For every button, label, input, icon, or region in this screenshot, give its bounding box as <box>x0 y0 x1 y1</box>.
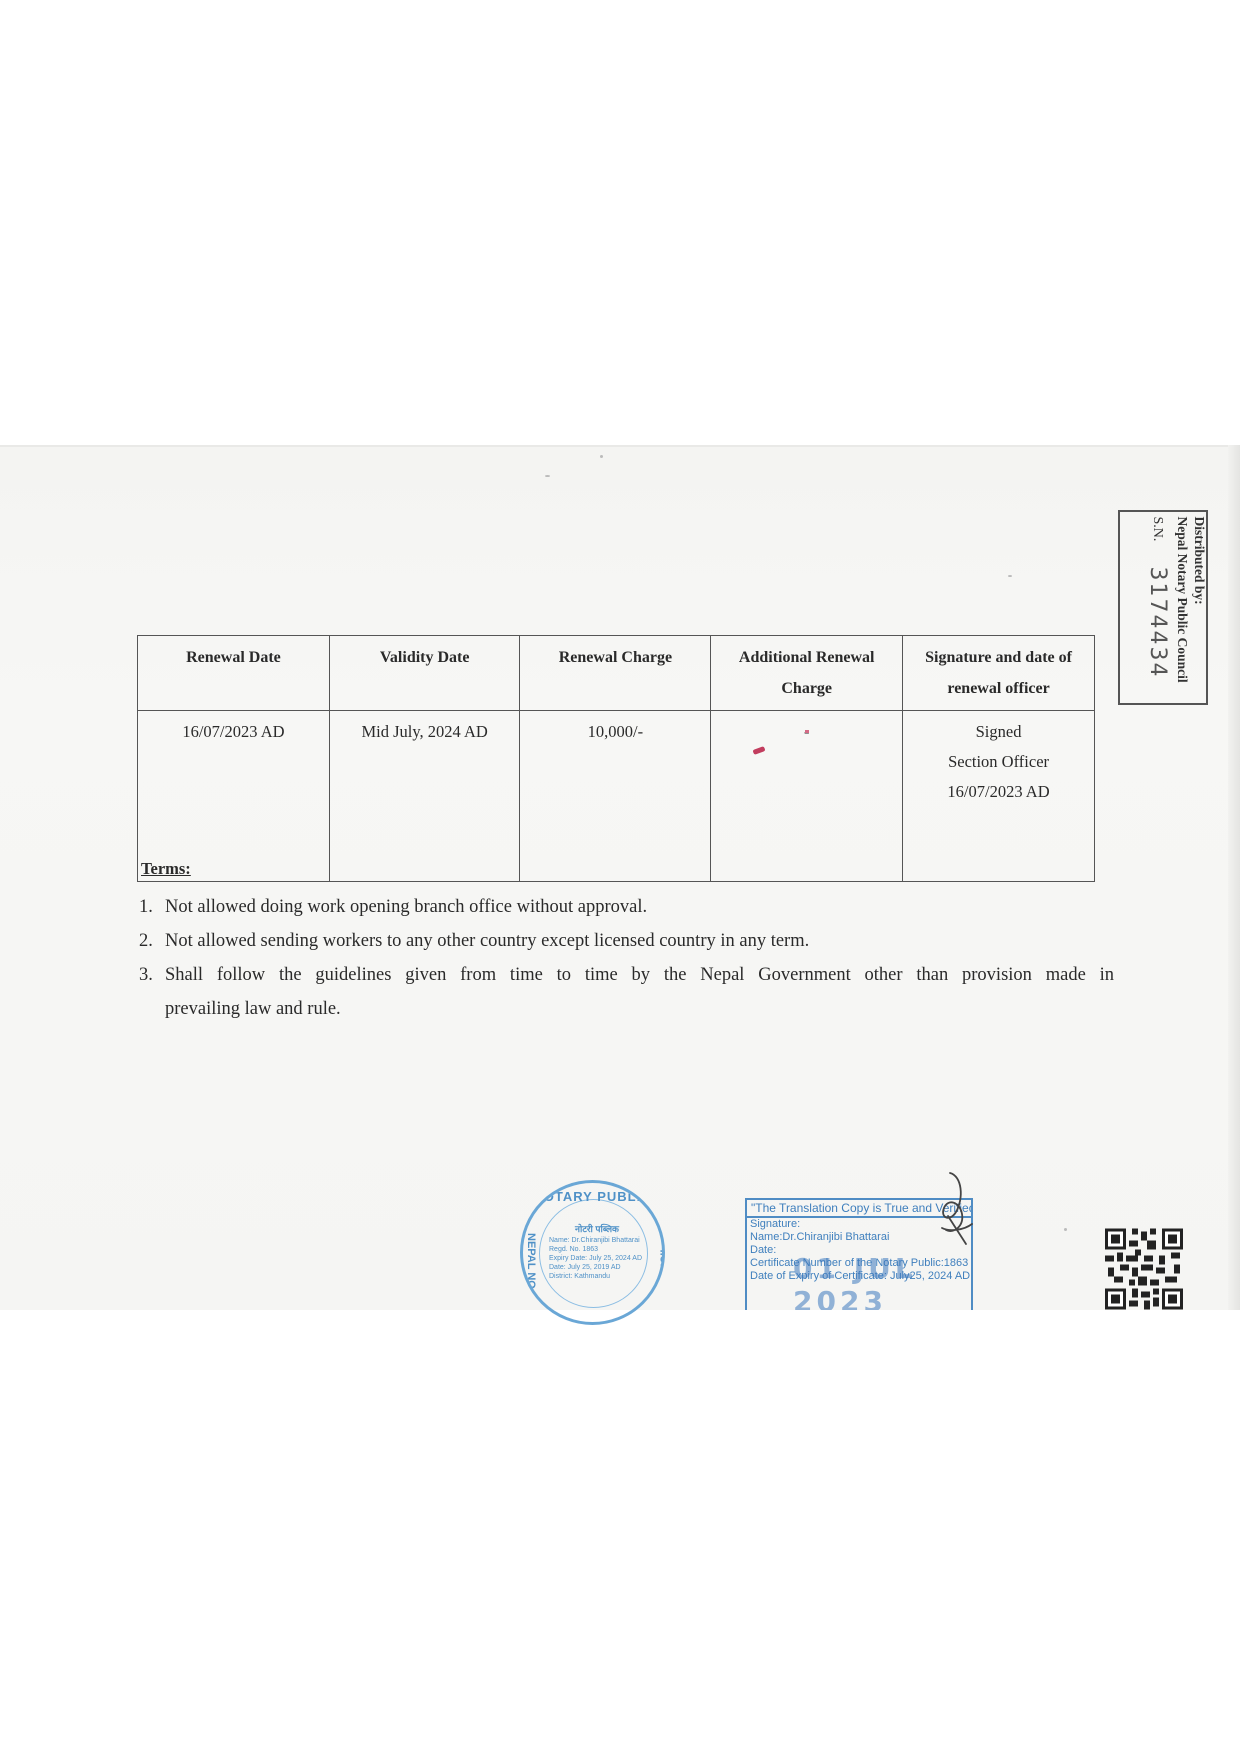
officer-date: 16/07/2023 AD <box>907 777 1090 807</box>
handwritten-signature-icon <box>920 1168 980 1253</box>
scan-speck <box>600 455 603 458</box>
terms-title: Terms: <box>141 859 191 879</box>
table-header-row: Renewal Date Validity Date Renewal Charg… <box>138 636 1095 711</box>
verification-date-stamp: 01 JUL 2023 <box>793 1252 971 1310</box>
ink-mark <box>805 730 809 733</box>
scan-speck <box>1064 1228 1067 1231</box>
scan-speck <box>545 475 550 477</box>
distributor-box: Distributed by: Nepal Notary Public Coun… <box>1118 510 1208 705</box>
cell-renewal-charge: 10,000/- <box>520 711 711 882</box>
seal-left-text: NEPAL NO <box>525 1233 537 1289</box>
cell-validity-date: Mid July, 2024 AD <box>329 711 520 882</box>
officer-title: Section Officer <box>907 747 1090 777</box>
cell-officer-signature: Signed Section Officer 16/07/2023 AD <box>903 711 1095 882</box>
header-renewal-date: Renewal Date <box>138 636 330 711</box>
cell-additional-renewal-charge: - <box>711 711 903 882</box>
header-renewal-charge: Renewal Charge <box>520 636 711 711</box>
terms-list: 1. Not allowed doing work opening branch… <box>139 890 1114 1026</box>
notary-seal-stamp: NOTARY PUBLIC NEPAL NO COUNCIL नोटरी पब्… <box>520 1180 665 1325</box>
term-item: 3. Shall follow the guidelines given fro… <box>139 958 1114 1026</box>
scan-edge-shadow <box>1228 445 1240 1310</box>
officer-signed: Signed <box>907 717 1090 747</box>
scan-speck <box>1008 575 1012 577</box>
seal-top-text: NOTARY PUBLIC <box>523 1189 662 1204</box>
scan-edge <box>0 445 1240 447</box>
qr-code-icon <box>1105 1228 1183 1310</box>
distributor-label: Distributed by: <box>1191 510 1208 705</box>
header-validity-date: Validity Date <box>329 636 520 711</box>
distributor-name: Nepal Notary Public Council <box>1174 510 1191 705</box>
cell-renewal-date: 16/07/2023 AD <box>138 711 330 882</box>
term-item: 2. Not allowed sending workers to any ot… <box>139 924 1114 958</box>
header-additional-renewal-charge: Additional RenewalCharge <box>711 636 903 711</box>
renewal-table: Renewal Date Validity Date Renewal Charg… <box>137 635 1095 882</box>
seal-info: नोटरी पब्लिक Name: Dr.Chiranjibi Bhattar… <box>549 1225 645 1281</box>
serial-number-value: 3174434 <box>1145 566 1170 678</box>
table-row: 16/07/2023 AD Mid July, 2024 AD 10,000/-… <box>138 711 1095 882</box>
term-item: 1. Not allowed doing work opening branch… <box>139 890 1114 924</box>
header-officer-signature: Signature and date ofrenewal officer <box>903 636 1095 711</box>
serial-number-label: S.N. <box>1150 516 1166 566</box>
